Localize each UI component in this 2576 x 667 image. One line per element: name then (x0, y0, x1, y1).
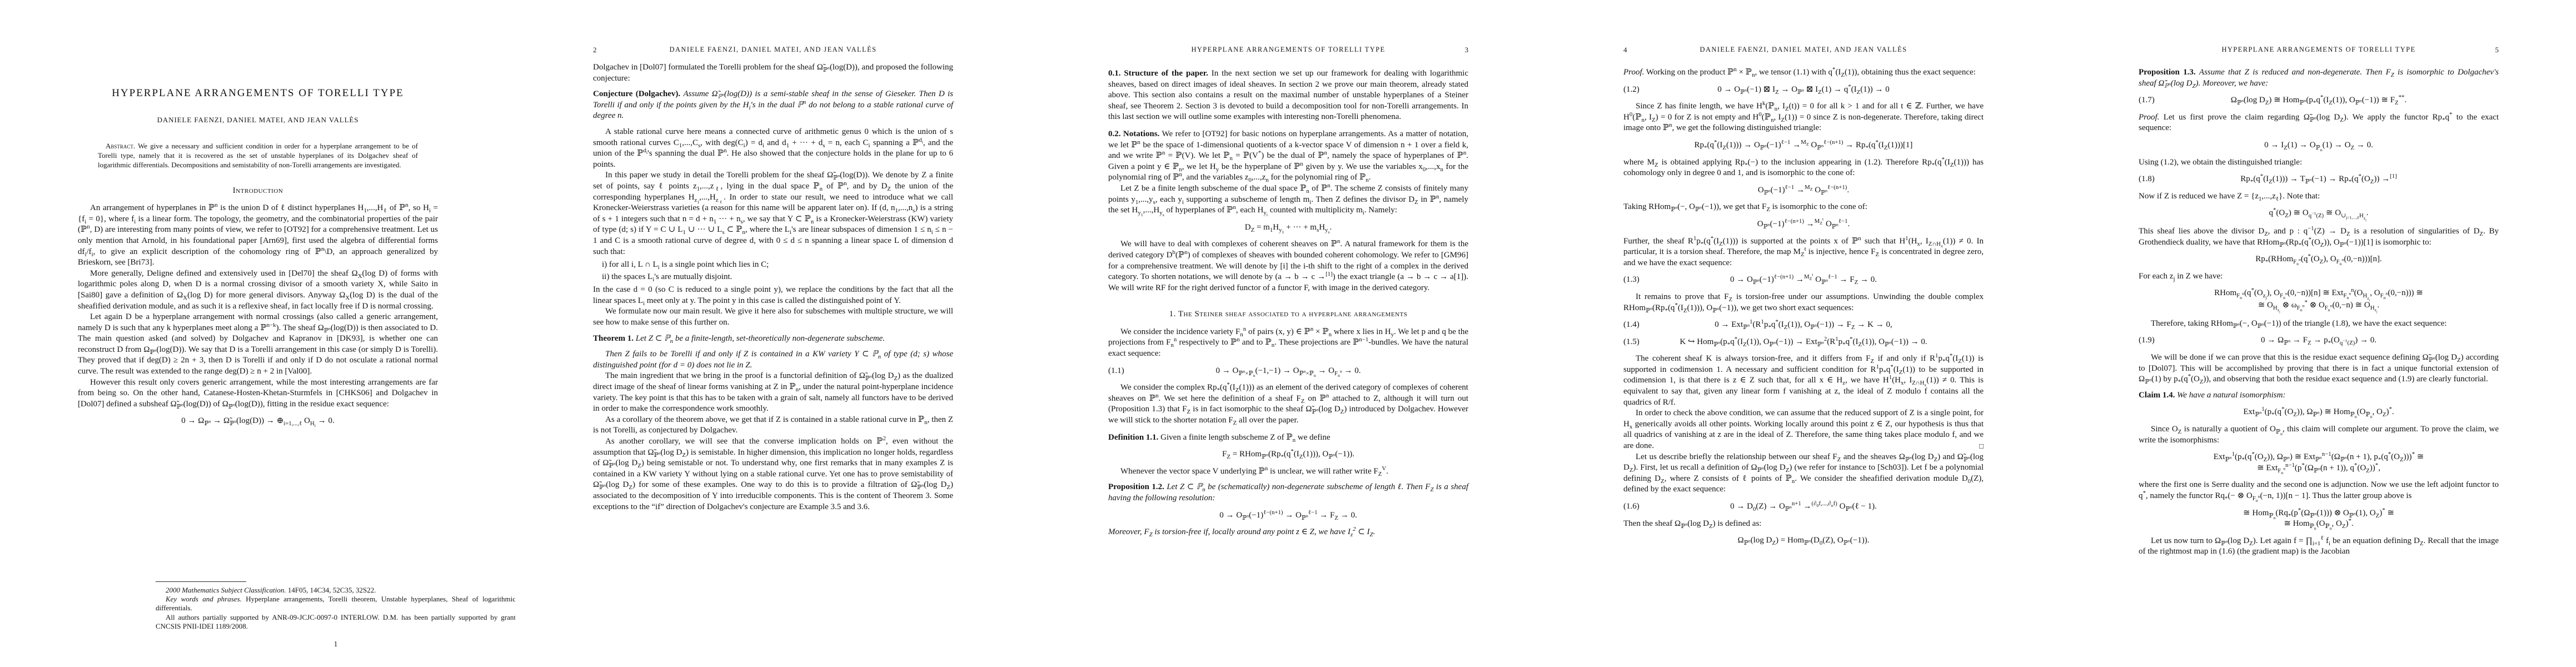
equation-tag: (1.6) (1623, 501, 1640, 512)
paragraph: In order to check the above condition, w… (1623, 408, 1984, 451)
paragraph: Moreover, FZ is torsion-free if, locally… (1108, 527, 1468, 538)
paragraph: Therefore, taking RHomℙn(−, Oℙn(−1)) of … (2139, 318, 2499, 330)
equation-line: ≅ Homℙn(Oℙn, OZ)*. (2284, 519, 2353, 528)
equation: Extℙn1(p*(q*(OZ)), Ωℙn) ≅ Extℙnn−1(Ωℙn(n… (2139, 452, 2499, 474)
footnote-block: 2000 Mathematics Subject Classification.… (156, 581, 516, 649)
equation: Rp*(RHomFnn(q*(OZ), OFnn(0,−n)))[n]. (2139, 254, 2499, 265)
qed-box: □ (1967, 441, 1984, 452)
equation-line: Rp*(q*(IZ(1))) → Tℙn(−1) → Rp*(q*(OZ)) →… (2240, 175, 2396, 183)
running-head: 2DANIELE FAENZI, DANIEL MATEI, AND JEAN … (593, 46, 953, 54)
equation-line: 0 → Oℙn(−1)ℓ−(n+1) →MZt Oℙnℓ−1 → FZ → 0. (1730, 275, 1877, 284)
paragraph: An arrangement of hyperplanes in ℙn is t… (78, 203, 438, 268)
equation-line: 0 → D0(Z) → Oℙnn+1 →(∂0f,...,∂nf) Oℙn(ℓ … (1730, 502, 1877, 511)
equation-line: Ωℙn(log DZ) ≅ Homℙn(p*q*(IZ(1)), Oℙn(−1)… (2231, 96, 2406, 104)
equation: Rp*(q*(IZ(1))) → Oℙn(−1)ℓ−1 →MZ Oℙnℓ−(n+… (1623, 140, 1984, 151)
page-body: Proof. Working on the product ℙn × ℙn, w… (1623, 62, 1984, 552)
paragraph: Then the sheaf Ωℙn(log DZ) is defined as… (1623, 519, 1984, 530)
proof-paragraph: Proof. Working on the product ℙn × ℙn, w… (1623, 67, 1984, 78)
equation: (1.1)0 → Oℙn×ℙn(−1,−1) → Oℙn×ℙn → OFnn →… (1108, 366, 1468, 377)
paragraph: This sheaf lies above the divisor DZ, an… (2139, 226, 2499, 248)
paragraph: where MZ is obtained applying Rp*(−) to … (1623, 157, 1984, 179)
footnote-text: 14F05, 14C34, 52C35, 32S22. (288, 586, 376, 594)
equation-tag: (1.9) (2139, 335, 2155, 346)
equation-line: FZ = RHomℙn(Rp*(q*(IZ(1))), Oℙn(−1)). (1222, 450, 1354, 459)
equation-tag: (1.5) (1623, 337, 1640, 348)
running-head-title: DANIELE FAENZI, DANIEL MATEI, AND JEAN V… (1700, 46, 1907, 53)
equation-line: Oℙn(−1)ℓ−1 →MZ Oℙnℓ−(n+1). (1758, 186, 1849, 195)
page-number: 5 (2495, 46, 2499, 54)
equation: (1.9)0 → Ωℙn → FZ → p*(Oq−1(Z)) → 0. (2139, 335, 2499, 346)
page-number: 2 (593, 46, 597, 54)
paragraph: We consider the complex Rp*(q*(IZ(1))) a… (1108, 382, 1468, 426)
paragraph: Since OZ is naturally a quotient of Oℙn,… (2139, 424, 2499, 446)
equation-line: 0 → Extℙn1(R1p*q*(IZ(1)), Oℙn(−1)) → FZ … (1715, 320, 1892, 329)
paragraph: where the first one is Serre duality and… (2139, 480, 2499, 501)
equation-line: ≅ OHzj ⊗ ωFnn* ⊗ OFnn(0,−n) ≅ OHzj. (2258, 301, 2380, 310)
equation-tag: (1.8) (2139, 174, 2155, 185)
document-canvas: arXiv:1011.4611v1 [math.AG] 20 Nov 2010 … (0, 0, 2576, 667)
block-label: Proposition 1.2. (1108, 482, 1164, 491)
equation-line: Ωℙn(log DZ) = Homℙn(D0(Z), Oℙn(−1)). (1738, 536, 1870, 545)
equation: (1.8)Rp*(q*(IZ(1))) → Tℙn(−1) → Rp*(q*(O… (2139, 174, 2499, 185)
equation-line: q*(OZ) ≅ Oq−1(Z) ≅ O∪j=1,...,ℓHzj. (2269, 208, 2368, 217)
paragraph: As another corollary, we will see that t… (593, 436, 953, 512)
equation-line: 0 → Ωℙn → FZ → p*(Oq−1(Z)) → 0. (2261, 336, 2376, 345)
equation-line: ≅ ExtFnnn−1(p*(Ωℙn(n + 1)), q*(OZ))*, (2257, 464, 2380, 472)
paragraph: We will have to deal with complexes of c… (1108, 239, 1468, 293)
paper-abstract: Abstract. We give a necessary and suffic… (98, 142, 418, 170)
theorem-block: Proposition 1.2. Let Z ⊂ ℙn be (schemati… (1108, 482, 1468, 504)
block-label: Claim 1.4. (2139, 391, 2175, 400)
equation-line: Oℙn(−1)ℓ−(n+1) →MZt Oℙnℓ−1. (1757, 220, 1850, 228)
equation: (1.5)K ↪ Homℙn(p*q*(IZ(1)), Oℙn(−1)) → E… (1623, 337, 1984, 348)
block-label: Definition 1.1. (1108, 433, 1158, 442)
running-head: 3HYPERPLANE ARRANGEMENTS OF TORELLI TYPE (1108, 46, 1468, 54)
paragraph: We consider the incidence variety Fnn of… (1108, 327, 1468, 360)
equation-line: ≅ Homℙn(Rq*(p*(Ωℙn(1))) ⊗ Oℙn(1), OZ)* ≅ (2243, 509, 2394, 517)
block-text: Let Z ⊂ ℙn be a finite-length, set-theor… (636, 334, 885, 343)
paragraph: More generally, Deligne defined and exte… (78, 268, 438, 312)
page-body: Proposition 1.3. Assume that Z is reduce… (2139, 62, 2499, 558)
block-label: Conjecture (Dolgachev). (593, 89, 680, 98)
section-heading: 1. The Steiner sheaf associated to a hyp… (1108, 309, 1468, 320)
theorem-block: Claim 1.4. We have a natural isomorphism… (2139, 390, 2499, 401)
paragraph: Let Z be a finite length subscheme of th… (1108, 183, 1468, 216)
paragraph: However this result only covers generic … (78, 377, 438, 410)
footnote-line: Key words and phrases. Hyperplane arrang… (156, 595, 516, 613)
footnote-line: 2000 Mathematics Subject Classification.… (156, 586, 516, 595)
paragraph: In the case d = 0 (so C is reduced to a … (593, 285, 953, 306)
subsection-paragraph: 0.1. Structure of the paper. In the next… (1108, 68, 1468, 123)
equation: Ωℙn(log DZ) = Homℙn(D0(Z), Oℙn(−1)). (1623, 535, 1984, 546)
paragraph: Dolgachev in [Dol07] formulated the Tore… (593, 62, 953, 84)
paragraph: Now if Z is reduced we have Z = {z1,...,… (2139, 191, 2499, 202)
equation: (1.6)0 → D0(Z) → Oℙnn+1 →(∂0f,...,∂nf) O… (1623, 501, 1984, 512)
equation-line: 0 → IZ(1) → Oℙn(1) → OZ → 0. (2264, 141, 2373, 150)
equation-tag: (1.1) (1108, 366, 1124, 377)
paragraph: Further, the sheaf R1p*(q*(IZ(1))) is su… (1623, 236, 1984, 269)
list-item: ii) the spaces Li's are mutually disjoin… (602, 272, 953, 283)
equation: Oℙn(−1)ℓ−(n+1) →MZt Oℙnℓ−1. (1623, 219, 1984, 230)
block-text: We have a natural isomorphism: (2177, 391, 2285, 400)
equation-tag: (1.2) (1623, 84, 1640, 96)
equation-tag: (1.7) (2139, 95, 2155, 106)
subsection-paragraph: Definition 1.1. Given a finite length su… (1108, 432, 1468, 444)
running-head-title: HYPERPLANE ARRANGEMENTS OF TORELLI TYPE (2221, 46, 2415, 53)
equation: (1.7)Ωℙn(log DZ) ≅ Homℙn(p*q*(IZ(1)), Oℙ… (2139, 95, 2499, 106)
paragraph: Then Z fails to be Torelli if and only i… (593, 349, 953, 371)
paragraph: The coherent sheaf K is always torsion-f… (1623, 354, 1984, 408)
running-head: 5HYPERPLANE ARRANGEMENTS OF TORELLI TYPE (2139, 46, 2499, 54)
paragraph: Whenever the vector space V underlying ℙ… (1108, 466, 1468, 477)
equation: RHomFnn(q*(Ozj), OFnn(0,−n))[n] ≅ ExtFnn… (2139, 288, 2499, 312)
page-body: Dolgachev in [Dol07] formulated the Tore… (593, 62, 953, 512)
page-2: 2DANIELE FAENZI, DANIEL MATEI, AND JEAN … (515, 0, 1030, 667)
equation-tag: (1.4) (1623, 320, 1640, 331)
page-4: 4DANIELE FAENZI, DANIEL MATEI, AND JEAN … (1546, 0, 2061, 667)
paragraph: Let again D be a hyperplane arrangement … (78, 312, 438, 377)
equation: Extℙn1(p*(q*(OZ)), Ωℙn) ≅ Homℙn(Oℙn, OZ)… (2139, 407, 2499, 418)
equation-line: 0 → Oℙn×ℙn(−1,−1) → Oℙn×ℙn → OFnn → 0. (1216, 366, 1361, 375)
footnote-rule (156, 581, 246, 582)
block-label: Theorem 1. (593, 334, 634, 343)
equation-tag: (1.3) (1623, 275, 1640, 286)
block-text: Let us first prove the claim regarding Ω… (2139, 113, 2499, 133)
equation-line: 0 → Ωℙn → Ω̃ℙn(log(D)) → ⊕i=1,...,ℓ OHi … (181, 416, 334, 425)
equation-line: RHomFnn(q*(Ozj), OFnn(0,−n))[n] ≅ ExtFnn… (2214, 288, 2423, 297)
block-label: Proof. (1623, 68, 1644, 77)
theorem-block: Theorem 1. Let Z ⊂ ℙn be a finite-length… (593, 333, 953, 345)
equation: q*(OZ) ≅ Oq−1(Z) ≅ O∪j=1,...,ℓHzj. (2139, 208, 2499, 220)
equation: (1.3)0 → Oℙn(−1)ℓ−(n+1) →MZt Oℙnℓ−1 → FZ… (1623, 275, 1984, 286)
page-number: 3 (1465, 46, 1469, 54)
equation-line: K ↪ Homℙn(p*q*(IZ(1)), Oℙn(−1)) → Extℙn2… (1680, 337, 1927, 346)
abstract-text: We give a necessary and sufficient condi… (98, 142, 418, 169)
equation-line: DZ = m1Hy1 + ··· + msHys. (1245, 223, 1332, 232)
block-label: Proposition 1.3. (2139, 68, 2196, 77)
paragraph: In this paper we study in detail the Tor… (593, 170, 953, 257)
paragraph: The main ingredient that we bring in the… (593, 371, 953, 414)
paper-authors: DANIELE FAENZI, DANIEL MATEI, AND JEAN V… (78, 115, 438, 126)
page-number-footer: 1 (156, 640, 516, 649)
abstract-label: Abstract. (106, 142, 135, 150)
page-body: HYPERPLANE ARRANGEMENTS OF TORELLI TYPED… (78, 62, 438, 433)
paragraph: We will be done if we can prove that thi… (2139, 352, 2499, 385)
footnote-line: All authors partially supported by ANR-0… (156, 613, 516, 631)
footnote-lead: 2000 Mathematics Subject Classification. (166, 586, 286, 594)
block-text: We refer to [OT92] for basic notions on … (1108, 130, 1468, 182)
equation-line: Rp*(RHomFnn(q*(OZ), OFnn(0,−n)))[n]. (2255, 255, 2382, 263)
running-head: 4DANIELE FAENZI, DANIEL MATEI, AND JEAN … (1623, 46, 1984, 54)
equation: Oℙn(−1)ℓ−1 →MZ Oℙnℓ−(n+1). (1623, 185, 1984, 196)
page-1: HYPERPLANE ARRANGEMENTS OF TORELLI TYPED… (0, 0, 515, 667)
equation-line: Rp*(q*(IZ(1))) → Oℙn(−1)ℓ−1 →MZ Oℙnℓ−(n+… (1695, 141, 1913, 150)
equation: 0 → IZ(1) → Oℙn(1) → OZ → 0. (2139, 140, 2499, 151)
equation: 0 → Oℙn(−1)ℓ−(n+1) → Oℙnℓ−1 → FZ → 0. (1108, 510, 1468, 521)
theorem-block: Proposition 1.3. Assume that Z is reduce… (2139, 67, 2499, 89)
paragraph: Taking RHomℙn(−, Oℙn(−1)), we get that F… (1623, 202, 1984, 213)
page-body: 0.1. Structure of the paper. In the next… (1108, 62, 1468, 538)
proof-paragraph: Proof. Let us first prove the claim rega… (2139, 112, 2499, 134)
footnote-text: All authors partially supported by ANR-0… (156, 613, 516, 630)
page-number: 4 (1623, 46, 1627, 54)
equation-line: Extℙn1(p*(q*(OZ)), Ωℙn) ≅ Homℙn(Oℙn, OZ)… (2243, 407, 2394, 416)
paragraph: We formulate now our main result. We giv… (593, 306, 953, 328)
running-head-title: HYPERPLANE ARRANGEMENTS OF TORELLI TYPE (1191, 46, 1385, 53)
footnote-lead: Key words and phrases. (166, 595, 242, 603)
equation-line: 0 → Oℙn(−1) ⊠ IZ → Oℙn ⊠ IZ(1) → q*(IZ(1… (1717, 85, 1890, 94)
equation: FZ = RHomℙn(Rp*(q*(IZ(1))), Oℙn(−1)). (1108, 449, 1468, 460)
paragraph: Let us describe briefly the relationship… (1623, 452, 1984, 495)
page-3: 3HYPERPLANE ARRANGEMENTS OF TORELLI TYPE… (1030, 0, 1546, 667)
equation: 0 → Ωℙn → Ω̃ℙn(log(D)) → ⊕i=1,...,ℓ OHi … (78, 416, 438, 427)
equation: (1.2)0 → Oℙn(−1) ⊠ IZ → Oℙn ⊠ IZ(1) → q*… (1623, 84, 1984, 96)
paragraph: Using (1.2), we obtain the distinguished… (2139, 157, 2499, 168)
block-text: Working on the product ℙn × ℙn, we tenso… (1646, 68, 1976, 77)
section-heading: Introduction (78, 186, 438, 197)
theorem-block: Conjecture (Dolgachev). Assume Ω̃ℙn(log(… (593, 89, 953, 122)
paragraph: A stable rational curve here means a con… (593, 127, 953, 170)
paragraph: Let us now turn to Ωℙn(log DZ). Let agai… (2139, 536, 2499, 558)
paper-title: HYPERPLANE ARRANGEMENTS OF TORELLI TYPE (78, 88, 438, 99)
block-text: Given a finite length subscheme Z of ℙn … (1160, 433, 1330, 442)
equation-line: 0 → Oℙn(−1)ℓ−(n+1) → Oℙnℓ−1 → FZ → 0. (1219, 511, 1357, 520)
equation: DZ = m1Hy1 + ··· + msHys. (1108, 222, 1468, 233)
paragraph: As a corollary of the theorem above, we … (593, 415, 953, 436)
block-label: 0.1. Structure of the paper. (1108, 69, 1208, 78)
page-5: 5HYPERPLANE ARRANGEMENTS OF TORELLI TYPE… (2061, 0, 2576, 667)
block-label: 0.2. Notations. (1108, 130, 1159, 138)
running-head-title: DANIELE FAENZI, DANIEL MATEI, AND JEAN V… (670, 46, 877, 53)
equation: ≅ Homℙn(Rq*(p*(Ωℙn(1))) ⊗ Oℙn(1), OZ)* ≅… (2139, 508, 2499, 530)
subsection-paragraph: 0.2. Notations. We refer to [OT92] for b… (1108, 129, 1468, 183)
block-label: Proof. (2139, 113, 2159, 122)
item-list: i) for all i, L ∩ Li is a single point w… (593, 260, 953, 282)
paragraph: It remains to prove that FZ is torsion-f… (1623, 292, 1984, 313)
paragraph: Since Z has finite length, we have Hk(ℙn… (1623, 101, 1984, 134)
equation: (1.4)0 → Extℙn1(R1p*q*(IZ(1)), Oℙn(−1)) … (1623, 320, 1984, 331)
paragraph: For each zj in Z we have: (2139, 271, 2499, 282)
list-item: i) for all i, L ∩ Li is a single point w… (602, 260, 953, 271)
equation-line: Extℙn1(p*(q*(OZ)), Ωℙn) ≅ Extℙnn−1(Ωℙn(n… (2214, 452, 2424, 461)
